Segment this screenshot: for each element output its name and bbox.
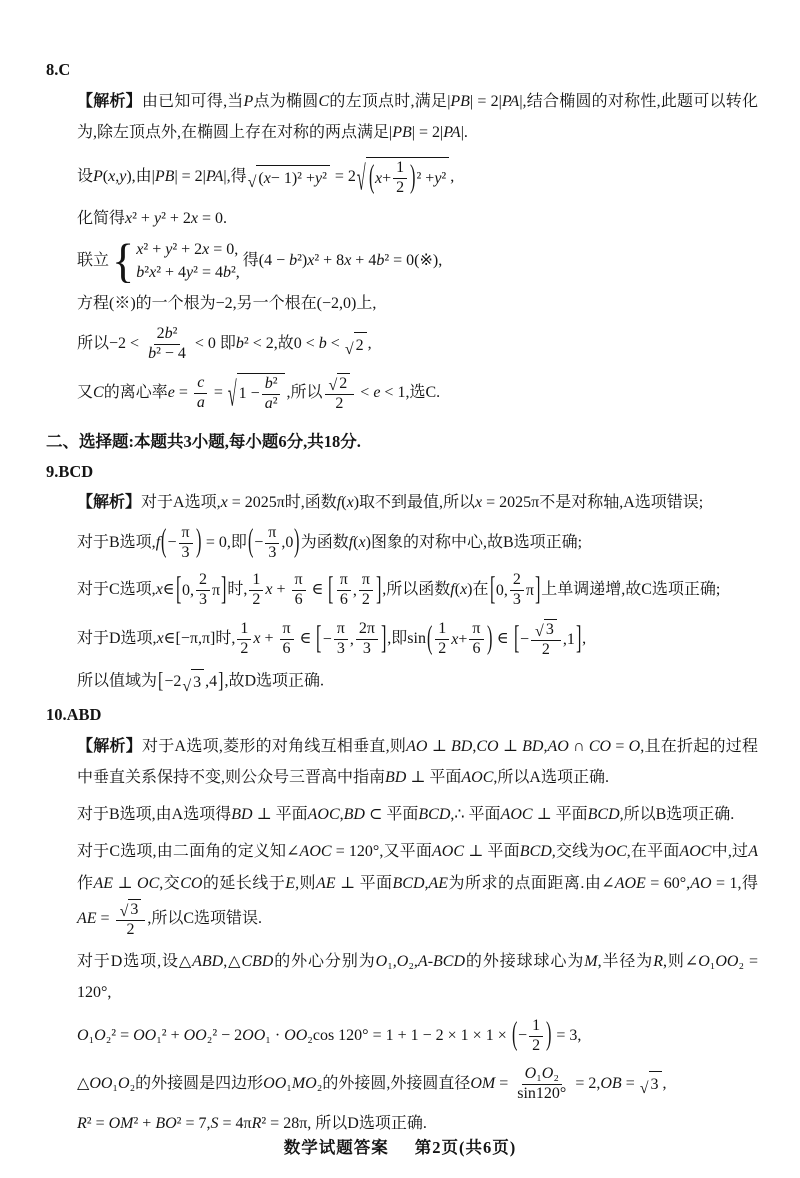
text-run: 6 xyxy=(283,640,291,659)
text-run: π xyxy=(182,524,190,543)
math-variable: a xyxy=(265,395,273,414)
math-variable: PA xyxy=(502,93,519,110)
math-variable: CO xyxy=(180,875,202,892)
fraction-numerator: 2 xyxy=(510,571,524,591)
text-run: ∈ xyxy=(308,581,328,598)
math-variable: A xyxy=(748,843,758,860)
math-variable: PA xyxy=(206,168,223,185)
text-run: |. xyxy=(461,124,468,141)
open-delimiter: [ xyxy=(176,574,181,607)
text-run: = 3, xyxy=(552,1027,581,1044)
open-delimiter: [ xyxy=(328,574,333,607)
text-run: ∈ xyxy=(296,630,316,647)
fraction-numerator: π xyxy=(337,571,351,591)
math-variable: x xyxy=(221,494,228,511)
fraction: 2π3 xyxy=(356,620,378,659)
group-content: π6,π2 xyxy=(334,571,376,610)
math-variable: OO xyxy=(133,1027,156,1044)
math-variable: c xyxy=(197,374,204,393)
label-bold: 二、选择题:本题共3小题,每小题6分,共18分. xyxy=(46,432,361,451)
text-run: π xyxy=(295,571,303,590)
bracket-group: (12x + π6) xyxy=(427,620,492,659)
text-run: ,所以 xyxy=(286,384,322,401)
fraction-denominator: 6 xyxy=(292,591,306,610)
text-run: ₂, xyxy=(408,953,418,970)
text-run: 2 xyxy=(396,179,404,198)
math-variable: CO xyxy=(476,738,498,755)
text-run: 2 xyxy=(542,641,550,660)
text-run: 1 xyxy=(252,571,260,590)
text-run: 2 xyxy=(157,325,165,344)
fraction: π3 xyxy=(265,524,279,563)
text-run: 化简得 xyxy=(77,210,125,227)
text-run: ,半径为 xyxy=(598,953,654,970)
text-run: ² xyxy=(441,167,446,191)
sol-8-system: 联立{x² + y² + 2x = 0,b²x² + 4y² = 4b²,得(4… xyxy=(46,240,758,283)
text-run: π xyxy=(268,524,276,543)
fraction-numerator: √3 xyxy=(116,899,146,921)
fraction-denominator: 2 xyxy=(529,1037,543,1056)
text-run: 3 xyxy=(363,640,371,659)
math-variable: BCD xyxy=(520,843,552,860)
square-root: √2 xyxy=(345,332,367,358)
radicand: (x − 1)² + y² xyxy=(256,165,330,191)
fraction: √32 xyxy=(531,619,561,660)
fraction-numerator: 2π xyxy=(356,620,378,640)
text-run: + xyxy=(260,630,277,647)
text-run: = xyxy=(97,910,114,927)
text-run: 2 xyxy=(252,591,260,610)
text-run: ,交线为 xyxy=(552,843,605,860)
fraction-numerator: π xyxy=(334,620,348,640)
math-variable: BCD xyxy=(588,806,620,823)
fraction: π6 xyxy=(292,571,306,610)
fraction: √22 xyxy=(325,373,355,414)
math-variable: R xyxy=(252,1115,262,1132)
math-variable: OB xyxy=(600,1075,621,1092)
text-run: ,0 xyxy=(281,531,293,555)
text-run: ,4 xyxy=(205,670,217,694)
math-variable: OO xyxy=(715,953,738,970)
close-delimiter: ] xyxy=(376,574,381,607)
text-run: | = 2| xyxy=(174,168,205,185)
system-brace: { xyxy=(112,242,134,282)
bracket-group: [π6,π2] xyxy=(328,571,381,610)
text-run: 0, xyxy=(182,579,194,603)
text-run: 3 xyxy=(546,621,554,640)
text-run: 6 xyxy=(472,640,480,659)
text-run: 2 xyxy=(532,1037,540,1056)
text-run: | = 2| xyxy=(412,124,443,141)
math-variable: AOE xyxy=(615,875,646,892)
fraction: 12 xyxy=(529,1017,543,1056)
text-run: ² xyxy=(322,167,327,191)
text-run: ⊥ 平面 xyxy=(464,843,520,860)
text-run: 6 xyxy=(295,591,303,610)
group-content: −2√3,4 xyxy=(163,669,218,695)
fraction-denominator: 3 xyxy=(265,544,279,563)
text-run: 2 xyxy=(240,640,248,659)
fraction-numerator: O₁O₂ xyxy=(522,1065,562,1085)
text-run: = 0. xyxy=(198,210,227,227)
open-delimiter: [ xyxy=(514,623,519,656)
sol-8-range-b: 所以−2 < 2b²b² − 4 < 0 即b² < 2,故0 < b < √2… xyxy=(46,325,758,364)
text-run: , xyxy=(368,335,372,352)
fraction: π6 xyxy=(337,571,351,610)
fraction-denominator: 2 xyxy=(539,641,553,660)
math-variable: AOC xyxy=(501,806,533,823)
text-run: 1 xyxy=(438,620,446,639)
fraction-denominator: 2 xyxy=(393,179,407,198)
bracket-group: [0,23π] xyxy=(176,571,227,610)
text-run: 3 xyxy=(337,640,345,659)
math-variable: b xyxy=(223,264,231,281)
text-run: 1 xyxy=(532,1017,540,1036)
sol-8-roots: 方程(※)的一个根为−2,另一个根在(−2,0)上, xyxy=(46,292,758,316)
text-run: + 4 xyxy=(351,252,376,269)
text-run: ⊂ 平面 xyxy=(365,806,418,823)
math-variable: y xyxy=(434,167,441,191)
group-content: x + 12 xyxy=(374,159,410,198)
text-run: 方程(※)的一个根为−2,另一个根在(−2,0)上, xyxy=(77,295,376,312)
text-run: ⊥ xyxy=(427,738,451,755)
text-run: 2 xyxy=(126,921,134,940)
radical-sign: √ xyxy=(248,165,257,191)
sol-8-intro: 【解析】由已知可得,当P点为椭圆C的左顶点时,满足|PB| = 2|PA|,结合… xyxy=(46,86,758,148)
math-variable: C xyxy=(93,384,104,401)
radical-sign: √ xyxy=(329,373,338,394)
sol-10-circumcircle: △OO₁O₂的外接圆是四边形OO₁MO₂的外接圆,外接圆直径OM = O₁O₂s… xyxy=(46,1065,758,1104)
open-delimiter: [ xyxy=(158,671,163,693)
square-root: √2 xyxy=(329,373,351,394)
math-variable: AOC xyxy=(300,843,332,860)
sol-10-option-b: 对于B选项,由A选项得BD ⊥ 平面AOC,BD ⊂ 平面BCD,∴ 平面AOC… xyxy=(46,799,758,830)
math-variable: x xyxy=(451,628,458,652)
text-run: 2 xyxy=(199,571,207,590)
radicand: 1 − b²a² xyxy=(237,373,286,414)
square-root: √1 − b²a² xyxy=(228,373,286,414)
radical-sign: √ xyxy=(228,373,237,414)
text-run: , xyxy=(582,630,586,647)
fraction-denominator: a xyxy=(194,394,208,413)
sol-10-option-d-setup: 对于D选项,设△ABD,△CBD的外心分别为O₁,O₂,A-BCD的外接球球心为… xyxy=(46,946,758,1008)
math-variable: BCD xyxy=(433,953,465,970)
text-run: < xyxy=(356,384,373,401)
fraction-numerator: π xyxy=(265,524,279,544)
text-run: 2 xyxy=(339,375,347,394)
fraction-denominator: 2 xyxy=(435,640,449,659)
text-run: 3 xyxy=(268,544,276,563)
radicand: 3 xyxy=(544,619,557,640)
fraction-numerator: π xyxy=(292,571,306,591)
close-delimiter: ) xyxy=(410,162,415,195)
sol-8-simplify: 化简得x² + y² + 2x = 0. xyxy=(46,207,758,231)
text-run: π xyxy=(337,620,345,639)
math-variable: CO xyxy=(589,738,611,755)
answer-8: 8.C xyxy=(46,60,758,80)
text-run: = 120°,又平面 xyxy=(332,843,432,860)
math-variable: O xyxy=(118,1075,130,1092)
math-variable: CBD xyxy=(241,953,273,970)
text-run: − xyxy=(167,531,176,555)
math-variable: OO xyxy=(184,1027,207,1044)
math-variable: BCD xyxy=(418,806,450,823)
fraction-denominator: 2 xyxy=(123,921,137,940)
text-run: ,即sin xyxy=(387,630,426,647)
text-run: ₂² − 2 xyxy=(207,1027,242,1044)
sol-9-option-d: 对于D选项,x∈[−π,π]时,12x + π6 ∈ [− π3,2π3],即s… xyxy=(46,619,758,660)
math-variable: M xyxy=(584,953,597,970)
math-variable: b xyxy=(148,345,156,364)
bracket-group: (− 12) xyxy=(512,1017,552,1056)
text-run: ₂的外接圆,外接圆直径 xyxy=(317,1075,471,1092)
text-run: = xyxy=(495,1075,512,1092)
math-variable: O xyxy=(397,953,409,970)
text-run: π xyxy=(526,579,534,603)
text-run: ,1 xyxy=(563,628,575,652)
answer-9: 9.BCD xyxy=(46,462,758,482)
math-variable: O xyxy=(525,1065,537,1084)
fraction: b²a² xyxy=(262,375,281,414)
radicand: 3 xyxy=(128,899,141,920)
fraction: π3 xyxy=(179,524,193,563)
text-run: 所以−2 < xyxy=(77,335,143,352)
text-run: < xyxy=(327,335,344,352)
math-variable: y xyxy=(154,210,161,227)
text-run: 对于C选项,由二面角的定义知∠ xyxy=(77,843,300,860)
math-variable: e xyxy=(168,384,175,401)
answer-10: 10.ABD xyxy=(46,705,758,725)
text-run: 作 xyxy=(77,875,93,892)
math-variable: BD xyxy=(231,806,252,823)
fraction-numerator: 2 xyxy=(196,571,210,591)
math-variable: x xyxy=(264,167,271,191)
fraction-denominator: a² xyxy=(262,395,281,414)
fraction-denominator: 6 xyxy=(337,591,351,610)
close-delimiter: ] xyxy=(381,623,386,656)
text-run: 的外心分别为 xyxy=(273,953,375,970)
fraction-numerator: 1 xyxy=(249,571,263,591)
math-variable: P xyxy=(244,93,254,110)
text-run: 3 xyxy=(182,544,190,563)
text-run: 对于D选项, xyxy=(77,630,157,647)
text-run: , xyxy=(350,628,354,652)
text-run: π xyxy=(340,571,348,590)
math-variable: OO xyxy=(263,1075,286,1092)
sol-9-option-b: 对于B选项,f(− π3) = 0,即(− π3,0)为函数f(x)图象的对称中… xyxy=(46,524,758,563)
text-run: ,所以C选项错误. xyxy=(147,910,262,927)
math-variable: BD xyxy=(344,806,365,823)
math-variable: b xyxy=(165,325,173,344)
text-run: + xyxy=(382,167,391,191)
text-run: ², xyxy=(231,264,240,281)
text-run: = 60°, xyxy=(646,875,690,892)
text-run: )在 xyxy=(467,581,488,598)
bracket-group: (− π3) xyxy=(161,524,201,563)
radical-sign: √ xyxy=(357,157,366,198)
math-variable: PB xyxy=(392,124,412,141)
text-run: 的左顶点时,满足| xyxy=(329,93,450,110)
footer-page-number: 第2页(共6页) xyxy=(415,1138,517,1157)
math-variable: BD xyxy=(522,738,543,755)
fraction-numerator: π xyxy=(359,571,373,591)
math-variable: b xyxy=(289,252,297,269)
fraction-denominator: 3 xyxy=(360,640,374,659)
text-run: − xyxy=(518,1024,527,1048)
text-run: = 1,得 xyxy=(712,875,758,892)
text-run: 所以值域为 xyxy=(77,673,157,690)
open-delimiter: [ xyxy=(489,574,494,607)
text-run: 3 xyxy=(199,591,207,610)
radicand: 3 xyxy=(191,669,204,695)
group-content: − π3,0 xyxy=(253,524,294,563)
group-content: 12x + π6 xyxy=(432,620,486,659)
math-variable: AOC xyxy=(432,843,464,860)
fraction-numerator: 2b² xyxy=(154,325,181,345)
text-run: 设 xyxy=(77,168,93,185)
fraction-numerator: π xyxy=(179,524,193,544)
math-variable: AE xyxy=(93,875,113,892)
text-run: ² xyxy=(173,325,178,344)
text-run: 2 xyxy=(335,395,343,414)
sol-10-option-a: 【解析】对于A选项,菱形的对角线互相垂直,则AO ⊥ BD,CO ⊥ BD,AO… xyxy=(46,731,758,793)
text-run: ,则∠ xyxy=(663,953,698,970)
radical-sign: √ xyxy=(182,669,191,695)
text-run: ₂ xyxy=(553,1065,559,1084)
text-run: ² xyxy=(273,375,278,394)
math-variable: BCD xyxy=(393,875,425,892)
square-root: √3 xyxy=(182,669,204,695)
fraction: 12 xyxy=(237,620,251,659)
text-run: ∩ xyxy=(569,738,589,755)
math-variable: OM xyxy=(109,1115,134,1132)
text-run: 对于A选项,菱形的对角线互相垂直,则 xyxy=(142,738,406,755)
text-run: 由已知可得,当 xyxy=(142,93,244,110)
text-run: ² = 0(※), xyxy=(384,252,442,269)
open-delimiter: ( xyxy=(427,623,432,656)
text-run: ⊥ 平面 xyxy=(533,806,588,823)
document-page: 8.C【解析】由已知可得,当P点为椭圆C的左顶点时,满足|PB| = 2|PA|… xyxy=(0,0,800,1136)
text-run: △ xyxy=(77,1075,89,1092)
fraction-numerator: b² xyxy=(262,375,281,395)
text-run: , xyxy=(663,1075,667,1092)
text-run: 时, xyxy=(227,581,247,598)
math-variable: O xyxy=(542,1065,554,1084)
text-run: ∈ xyxy=(493,630,513,647)
math-variable: O xyxy=(94,1027,106,1044)
math-variable: b xyxy=(236,335,244,352)
fraction: π6 xyxy=(469,620,483,659)
math-variable: PA xyxy=(443,124,460,141)
fraction-numerator: 1 xyxy=(435,620,449,640)
close-delimiter: ] xyxy=(576,623,581,656)
text-run: 中,过 xyxy=(711,843,748,860)
math-variable: O xyxy=(77,1027,89,1044)
text-run: ,在平面 xyxy=(627,843,680,860)
fraction-denominator: 2 xyxy=(332,395,346,414)
text-run: ,则 xyxy=(295,875,316,892)
fraction-denominator: 3 xyxy=(179,544,193,563)
text-run: ₂² = xyxy=(106,1027,133,1044)
math-variable: ABD xyxy=(192,953,223,970)
group-content: − √32,1 xyxy=(519,619,576,660)
sol-8-eccentricity: 又C的离心率e = ca = √1 − b²a²,所以√22 < e < 1,选… xyxy=(46,373,758,414)
square-root: √(x − 1)² + y² xyxy=(248,165,330,191)
math-variable: AO xyxy=(406,738,427,755)
text-run: 9.BCD xyxy=(46,462,93,481)
text-run: ² + xyxy=(134,1115,156,1132)
math-variable: R xyxy=(77,1115,87,1132)
math-variable: O xyxy=(629,738,641,755)
square-root: √(x + 12)² + y² xyxy=(357,157,449,198)
text-run: 3 xyxy=(651,1073,659,1097)
math-variable: OC xyxy=(137,875,159,892)
open-delimiter: ( xyxy=(512,1020,517,1053)
sol-9-option-c: 对于C选项,x∈[0,23π]时,12x + π6 ∈ [π6,π2],所以函数… xyxy=(46,571,758,610)
fraction: 23 xyxy=(510,571,524,610)
fraction: O₁O₂sin120° xyxy=(514,1065,569,1104)
square-root: √3 xyxy=(535,619,557,640)
sol-9-option-a: 【解析】对于A选项,x = 2025π时,函数f(x)取不到最值,所以x = 2… xyxy=(46,491,758,515)
text-run: ,所以A选项正确. xyxy=(493,769,609,786)
text-run: 对于B选项,由A选项得 xyxy=(77,806,231,823)
close-delimiter: ) xyxy=(546,1020,551,1053)
open-delimiter: [ xyxy=(316,623,321,656)
text-run: ² + xyxy=(132,210,154,227)
close-delimiter: ) xyxy=(486,623,491,656)
text-run: < 1,选C. xyxy=(380,384,440,401)
text-run: ₂的外接圆是四边形 xyxy=(130,1075,264,1092)
text-run: ² + 2 xyxy=(161,210,191,227)
text-run: ² − 4 xyxy=(156,345,186,364)
radicand: 2 xyxy=(354,332,367,358)
text-run: )取不到最值,所以 xyxy=(354,494,475,511)
radical-sign: √ xyxy=(345,332,354,358)
sol-10-conclusion: R² = OM² + BO² = 7,S = 4πR² = 28π, 所以D选项… xyxy=(46,1112,758,1136)
math-variable: AOC xyxy=(679,843,711,860)
open-delimiter: ( xyxy=(248,527,253,560)
group-content: 0,23π xyxy=(495,571,535,610)
text-run: , xyxy=(450,168,454,185)
text-run: ⊥ 平面 xyxy=(406,769,461,786)
text-run: −2 xyxy=(164,670,181,694)
text-run: , xyxy=(353,579,357,603)
math-variable: E xyxy=(285,875,295,892)
fraction: 23 xyxy=(196,571,210,610)
footer-doc-title: 数学试题答案 xyxy=(284,1138,389,1157)
text-run: + xyxy=(273,581,290,598)
text-run: 1 − xyxy=(239,382,260,406)
math-variable: x xyxy=(191,210,198,227)
text-run: 1 xyxy=(396,159,404,178)
text-run: 0, xyxy=(496,579,508,603)
label-bold: 【解析】 xyxy=(77,494,141,511)
text-run: 2π xyxy=(359,620,375,639)
text-run: = 2 xyxy=(331,168,356,185)
fraction-numerator: 1 xyxy=(393,159,407,179)
fraction: π3 xyxy=(334,620,348,659)
text-run: ₂cos 120° = 1 + 1 − 2 × 1 × 1 × xyxy=(307,1027,510,1044)
math-variable: b xyxy=(265,375,273,394)
sol-10-cosine-rule: O₁O₂² = OO₁² + OO₂² − 2OO₁ · OO₂cos 120°… xyxy=(46,1017,758,1056)
math-variable: O xyxy=(376,953,388,970)
text-run: 的延长线于 xyxy=(202,875,285,892)
math-variable: f xyxy=(156,534,160,551)
group-content: − π3,2π3 xyxy=(322,620,381,659)
text-run: 3 xyxy=(193,671,201,695)
text-run: = 0, xyxy=(209,241,238,258)
text-run: − xyxy=(254,531,263,555)
